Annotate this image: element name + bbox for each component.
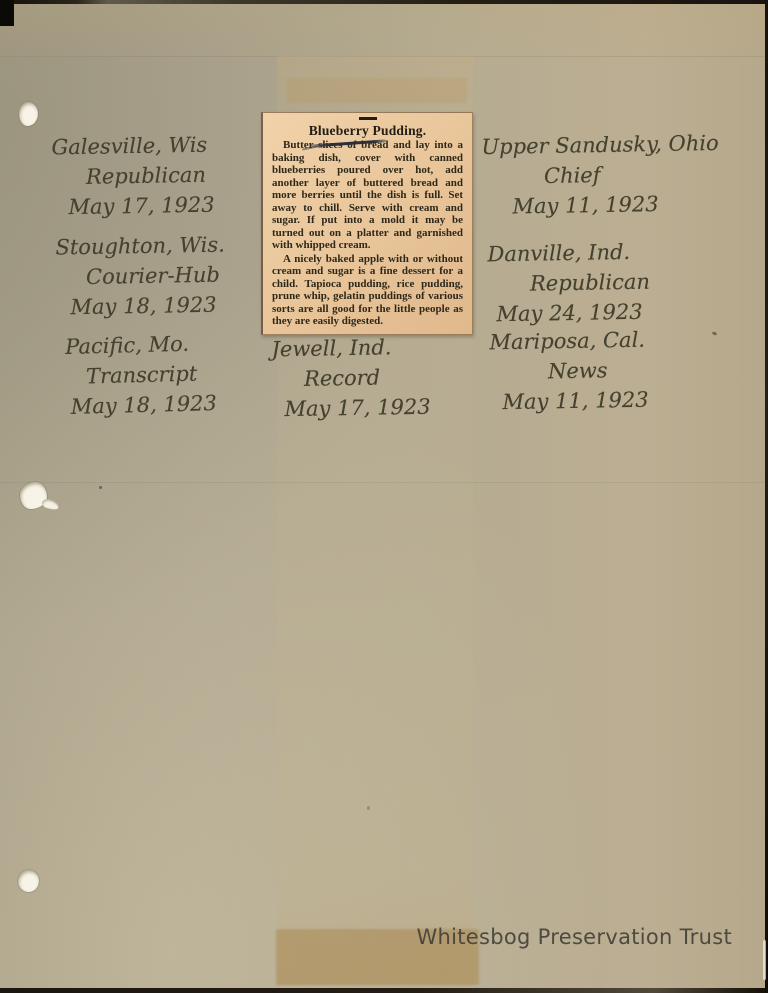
- annotation-line: May 11, 1923: [490, 385, 649, 418]
- annotation-line: May 18, 1923: [56, 290, 226, 323]
- scan-edge-bottom: [0, 988, 768, 993]
- annotation-line: Record: [272, 362, 431, 395]
- annotation-line: Pacific, Mo.: [65, 328, 216, 362]
- tape-residue-top: [286, 78, 467, 103]
- annotation-line: May 17, 1923: [272, 392, 431, 425]
- column-rule-fragment: [359, 117, 377, 120]
- ink-speck: [99, 486, 102, 489]
- annotation-line: News: [490, 355, 649, 388]
- scrapbook-page: Blueberry Pudding. Butter slices of brea…: [0, 0, 768, 993]
- hole-punch-bottom: [18, 870, 39, 892]
- annotation-stoughton: Stoughton, Wis. Courier-Hub May 18, 1923: [55, 230, 226, 323]
- annotation-line: Mariposa, Cal.: [489, 325, 648, 358]
- annotation-galesville: Galesville, Wis Republican May 17, 1923: [51, 130, 215, 223]
- scan-edge-top: [0, 0, 768, 4]
- clipping-title-text: Blueberry Pudding.: [309, 123, 427, 138]
- annotation-upper-sandusky: Upper Sandusky, Ohio Chief May 11, 1923: [481, 128, 720, 222]
- annotation-line: Upper Sandusky, Ohio: [481, 128, 719, 162]
- page-top-band: [0, 4, 768, 57]
- hole-punch-middle-tear: [41, 498, 60, 512]
- annotation-danville: Danville, Ind. Republican May 24, 1923: [487, 237, 650, 330]
- ink-speck: [367, 806, 370, 810]
- annotation-line: Jewell, Ind.: [271, 332, 430, 365]
- hole-punch-top: [19, 102, 38, 126]
- annotation-line: May 11, 1923: [482, 188, 720, 222]
- annotation-line: Republican: [52, 160, 215, 193]
- clipping-paragraph: Butter slices of bread and lay into a ba…: [272, 139, 463, 252]
- annotation-line: May 18, 1923: [66, 388, 217, 422]
- annotation-mariposa: Mariposa, Cal. News May 11, 1923: [489, 325, 649, 418]
- ink-speck: [712, 331, 718, 336]
- annotation-line: Republican: [488, 267, 650, 300]
- clipping-title: Blueberry Pudding.: [272, 123, 463, 139]
- annotation-line: Danville, Ind.: [487, 237, 649, 270]
- annotation-jewell: Jewell, Ind. Record May 17, 1923: [271, 332, 431, 425]
- annotation-line: Transcript: [66, 358, 217, 392]
- annotation-line: May 17, 1923: [52, 190, 215, 223]
- scan-edge-glint: [763, 940, 766, 980]
- annotation-line: Courier-Hub: [56, 260, 226, 293]
- annotation-line: Chief: [482, 158, 720, 192]
- annotation-pacific: Pacific, Mo. Transcript May 18, 1923: [65, 328, 217, 422]
- clipping-paragraph: A nicely baked apple with or without cre…: [272, 253, 463, 328]
- scan-corner-top-left: [0, 0, 14, 26]
- newspaper-clipping: Blueberry Pudding. Butter slices of brea…: [261, 112, 473, 335]
- clipping-body: Butter slices of bread and lay into a ba…: [272, 139, 463, 328]
- annotation-line: Stoughton, Wis.: [55, 230, 225, 263]
- annotation-line: Galesville, Wis: [51, 130, 214, 163]
- watermark-text: Whitesbog Preservation Trust: [416, 925, 732, 949]
